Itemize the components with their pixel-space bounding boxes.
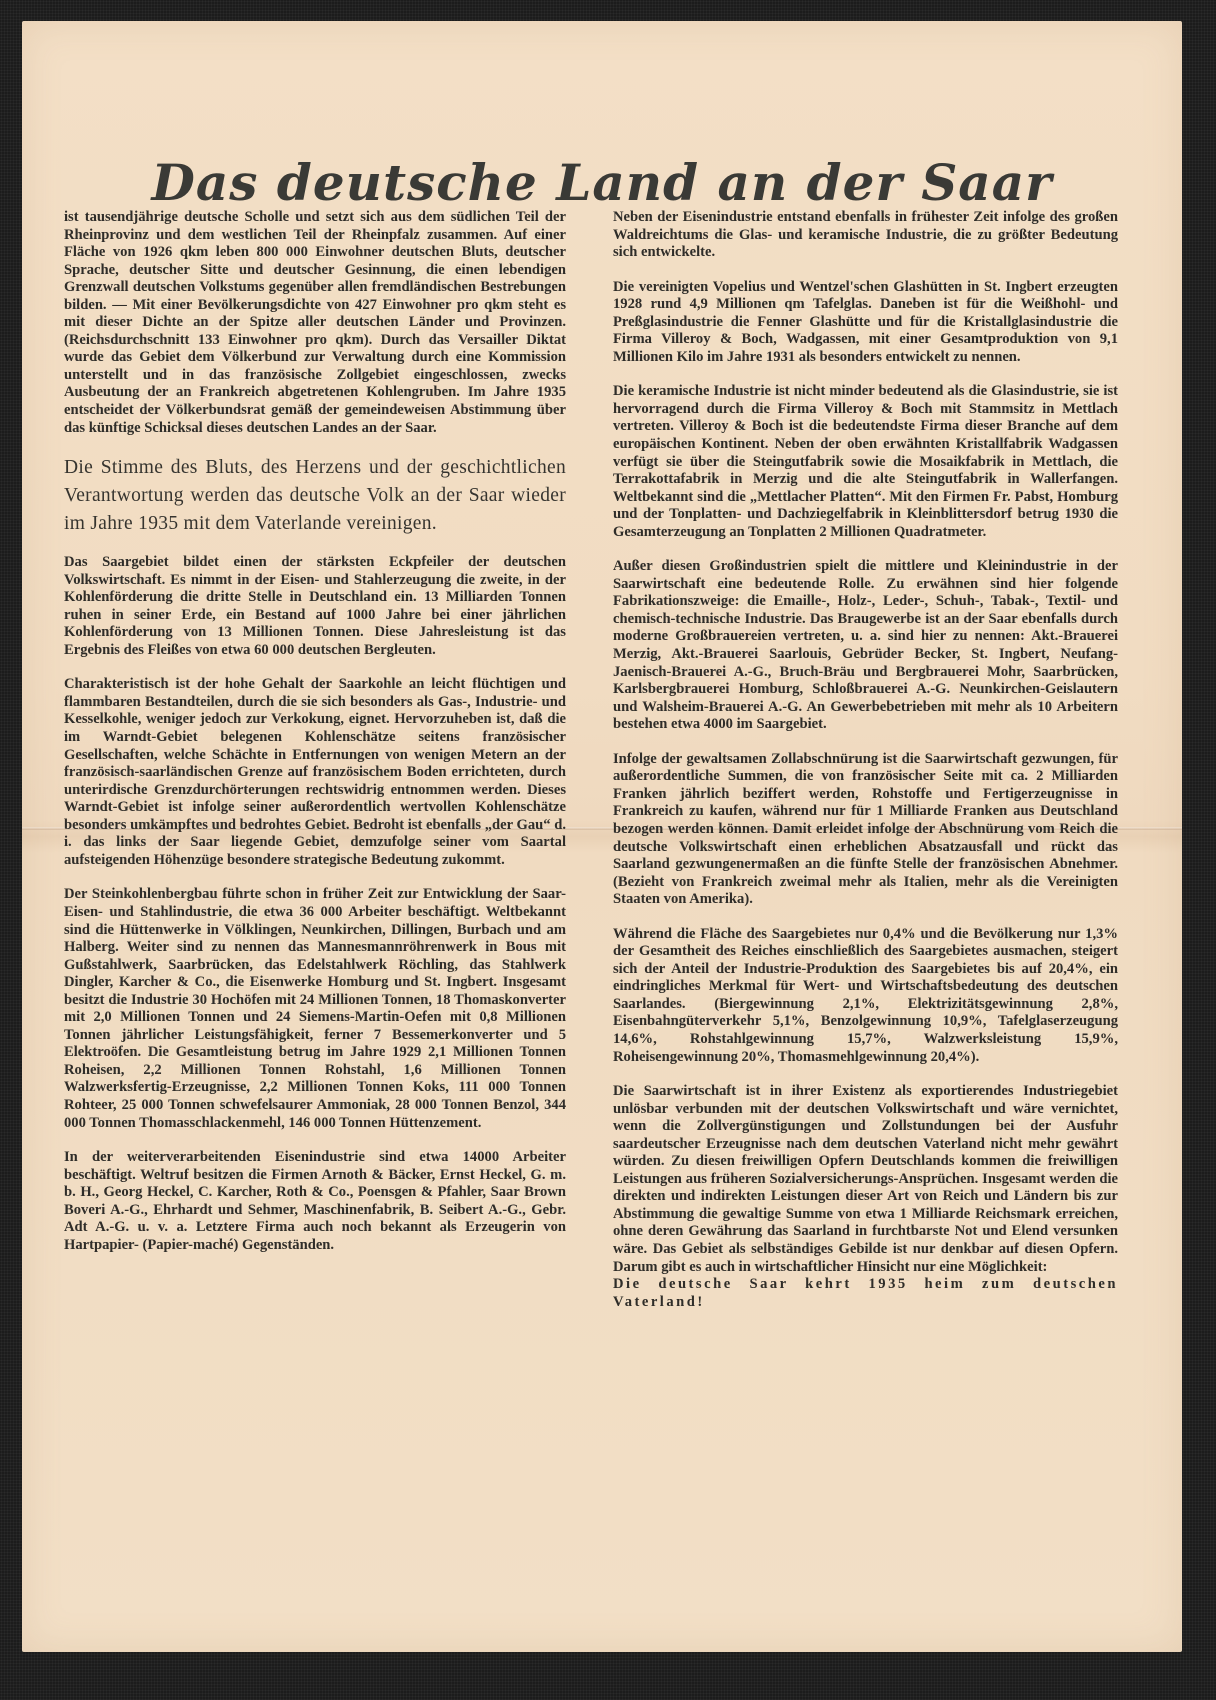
paragraph: Die keramische Industrie ist nicht minde… [613, 383, 1118, 541]
paragraph: Außer diesen Großindustrien spielt die m… [613, 558, 1118, 733]
paragraph: Neben der Eisenindustrie entstand ebenfa… [613, 209, 1118, 262]
page-title: Das deutsche Land an der Saar [22, 153, 1182, 212]
closing-statement: Die deutsche Saar kehrt 1935 heim zum de… [613, 1276, 1118, 1311]
paragraph: Die vereinigten Vopelius und Wentzel'sch… [613, 279, 1118, 367]
paragraph: Das Saargebiet bildet einen der stärkste… [64, 554, 566, 659]
paragraph: Infolge der gewaltsamen Zollabschnürung … [613, 751, 1118, 909]
right-column: Neben der Eisenindustrie entstand ebenfa… [613, 209, 1118, 1328]
paragraph: Charakteristisch ist der hohe Gehalt der… [64, 676, 566, 869]
paragraph: Während die Fläche des Saargebietes nur … [613, 926, 1118, 1066]
paragraph: Der Steinkohlenbergbau führte schon in f… [64, 886, 566, 1132]
intro-paragraph: ist tausendjährige deutsche Scholle und … [64, 209, 566, 437]
paragraph: In der weiterverarbeitenden Eisenindustr… [64, 1149, 566, 1254]
callout-statement: Die Stimme des Bluts, des Herzens und de… [64, 454, 566, 538]
left-column: ist tausendjährige deutsche Scholle und … [64, 209, 566, 1271]
document-page: Das deutsche Land an der Saar ist tausen… [22, 21, 1182, 1652]
paragraph: Die Saarwirtschaft ist in ihrer Existenz… [613, 1083, 1118, 1276]
